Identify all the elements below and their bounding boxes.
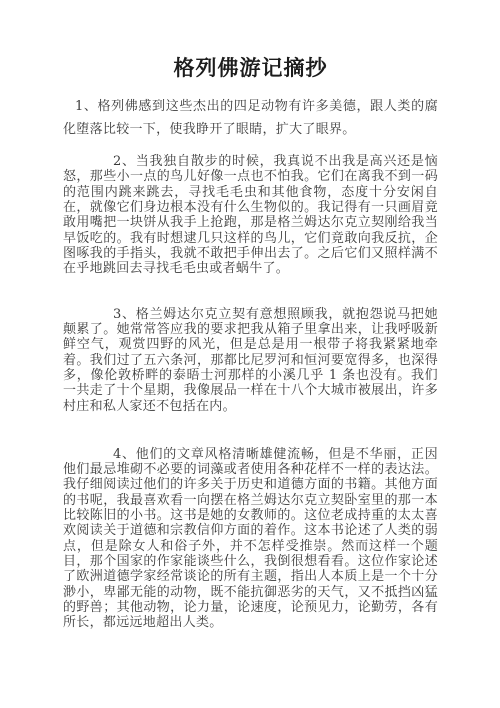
paragraph-3: 3、格兰姆达尔克立契有意想照顾我，就抱怨说马把她颠累了。她常常答应我的要求把我从… (63, 307, 438, 414)
paragraph-2: 2、当我独自散步的时候，我真说不出我是高兴还是恼怒，那些小一点的鸟儿好像一点也不… (63, 154, 438, 277)
paragraph-4: 4、他们的文章风格清晰雄健流畅，但是不华丽，正因他们最忌堆砌不必要的词藻或者使用… (63, 447, 438, 631)
paragraph-1: 1、格列佛感到这些杰出的四足动物有许多美德，跟人类的腐化堕落比较一下，使我睁开了… (63, 96, 438, 141)
page-title: 格列佛游记摘抄 (63, 55, 438, 80)
document-page: 格列佛游记摘抄 1、格列佛感到这些杰出的四足动物有许多美德，跟人类的腐化堕落比较… (0, 0, 500, 708)
